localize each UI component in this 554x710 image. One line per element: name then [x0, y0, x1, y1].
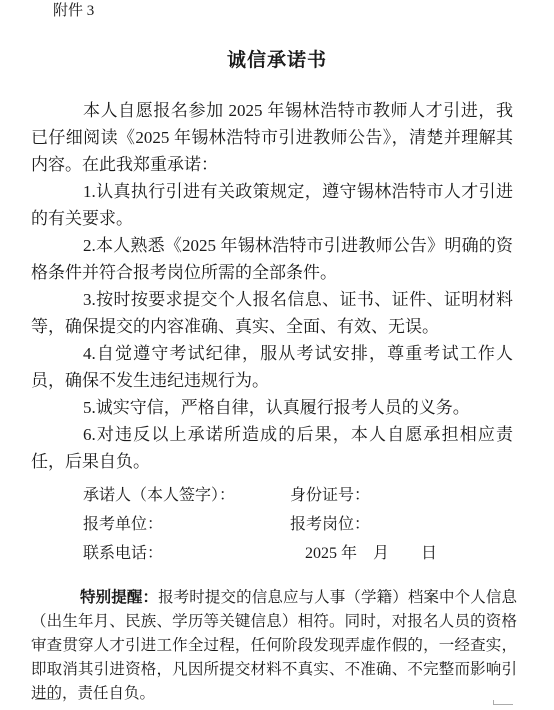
body-text: 本人自愿报名参加 2025 年锡林浩特市教师人才引进，我已仔细阅读《2025 年…: [31, 97, 513, 475]
id-number-label: 身份证号：: [290, 481, 370, 510]
signature-row-signer: 承诺人（本人签字）： 身份证号：: [83, 481, 523, 510]
notice-paragraph: 特别提醒：报考时提交的信息应与人事（学籍）档案中个人信息（出生年月、民族、学历等…: [31, 586, 517, 706]
notice-label: 特别提醒：: [80, 589, 158, 606]
apply-post-label: 报考岗位：: [290, 510, 370, 539]
page-margin-mark-bottom-left-vertical: [57, 696, 58, 700]
paragraph-item-4: 4.自觉遵守考试纪律，服从考试安排，尊重考试工作人员，确保不发生违纪违规行为。: [31, 340, 513, 394]
signature-row-unit: 报考单位： 报考岗位：: [83, 510, 523, 539]
date-line: 2025 年 月 日: [305, 539, 437, 568]
page-margin-mark-bottom-right-horizontal: [493, 704, 513, 705]
paragraph-intro: 本人自愿报名参加 2025 年锡林浩特市教师人才引进，我已仔细阅读《2025 年…: [31, 97, 513, 178]
page-margin-mark-bottom-left-horizontal: [35, 699, 58, 700]
paragraph-item-1: 1.认真执行引进有关政策规定，遵守锡林浩特市人才引进的有关要求。: [31, 178, 513, 232]
signature-block: 承诺人（本人签字）： 身份证号： 报考单位： 报考岗位： 联系电话： 2025 …: [83, 481, 523, 568]
phone-label: 联系电话：: [83, 545, 163, 562]
paragraph-item-5: 5.诚实守信，严格自律，认真履行报考人员的义务。: [31, 394, 513, 421]
attachment-label: 附件 3: [53, 2, 94, 20]
paragraph-item-6: 6.对违反以上承诺所造成的后果，本人自愿承担相应责任，后果自负。: [31, 421, 513, 475]
special-notice: 特别提醒：报考时提交的信息应与人事（学籍）档案中个人信息（出生年月、民族、学历等…: [31, 586, 517, 706]
page-margin-mark-bottom-right-vertical: [493, 700, 494, 705]
apply-unit-label: 报考单位：: [83, 516, 163, 533]
signer-label: 承诺人（本人签字）：: [83, 487, 235, 504]
document-page: 附件 3 诚信承诺书 本人自愿报名参加 2025 年锡林浩特市教师人才引进，我已…: [0, 0, 554, 710]
paragraph-item-3: 3.按时按要求提交个人报名信息、证书、证件、证明材料等，确保提交的内容准确、真实…: [31, 286, 513, 340]
signature-row-phone: 联系电话： 2025 年 月 日: [83, 539, 523, 568]
document-title: 诚信承诺书: [0, 45, 554, 72]
paragraph-item-2: 2.本人熟悉《2025 年锡林浩特市引进教师公告》明确的资格条件并符合报考岗位所…: [31, 232, 513, 286]
